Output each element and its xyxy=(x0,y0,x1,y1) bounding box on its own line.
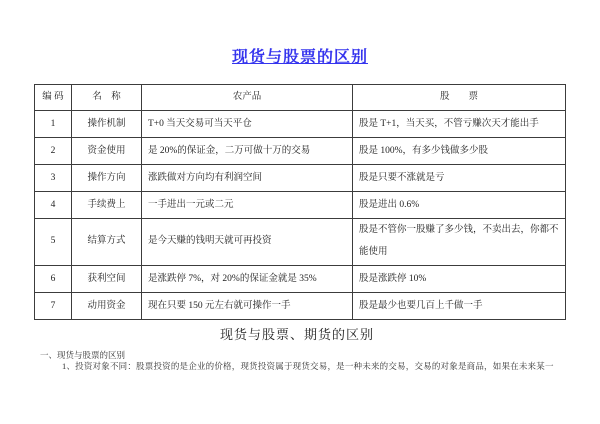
cell-spot: 是 20%的保证金，二万可做十万的交易 xyxy=(142,138,353,165)
cell-stock: 股是进出 0.6% xyxy=(353,192,566,219)
cell-spot: 是今天赚的钱明天就可再投资 xyxy=(142,219,353,266)
cell-code: 5 xyxy=(35,219,72,266)
cell-spot: 涨跌做对方向均有利润空间 xyxy=(142,165,353,192)
cell-stock: 股是不管你一股赚了多少钱，不卖出去，你都不能使用 xyxy=(353,219,566,266)
cell-spot: T+0 当天交易可当天平仓 xyxy=(142,111,353,138)
title-link[interactable]: 现货与股票的区别 xyxy=(232,49,368,66)
header-spot: 农产品 xyxy=(142,85,353,111)
document-page: 现货与股票的区别 编 码 名 称 农产品 股 票 1操作机制T+0 当天交易可当… xyxy=(0,0,600,424)
cell-stock: 股是只要不涨就是亏 xyxy=(353,165,566,192)
cell-code: 6 xyxy=(35,266,72,293)
table-header-row: 编 码 名 称 农产品 股 票 xyxy=(35,85,566,111)
table-body: 1操作机制T+0 当天交易可当天平仓股是 T+1，当天买，不管亏赚次天才能出手2… xyxy=(35,111,566,320)
cell-name: 手续费上 xyxy=(72,192,142,219)
cell-spot: 是涨跌停 7%，对 20%的保证金就是 35% xyxy=(142,266,353,293)
cell-name: 资金使用 xyxy=(72,138,142,165)
header-stock: 股 票 xyxy=(353,85,566,111)
cell-code: 7 xyxy=(35,293,72,320)
cell-name: 操作方向 xyxy=(72,165,142,192)
table-row: 1操作机制T+0 当天交易可当天平仓股是 T+1，当天买，不管亏赚次天才能出手 xyxy=(35,111,566,138)
page-title: 现货与股票的区别 xyxy=(0,44,600,67)
cell-code: 4 xyxy=(35,192,72,219)
cell-code: 2 xyxy=(35,138,72,165)
header-name: 名 称 xyxy=(72,85,142,111)
cell-name: 获利空间 xyxy=(72,266,142,293)
cell-stock: 股是涨跌停 10% xyxy=(353,266,566,293)
body-paragraph: 1、投资对象不同：股票投资的是企业的价格，现货投资属于现货交易，是一种未来的交易… xyxy=(62,360,554,372)
comparison-table: 编 码 名 称 农产品 股 票 1操作机制T+0 当天交易可当天平仓股是 T+1… xyxy=(34,84,566,320)
cell-stock: 股是 T+1，当天买，不管亏赚次天才能出手 xyxy=(353,111,566,138)
header-code: 编 码 xyxy=(35,85,72,111)
table-row: 4手续费上一手进出一元或二元股是进出 0.6% xyxy=(35,192,566,219)
table-row: 6获利空间是涨跌停 7%，对 20%的保证金就是 35%股是涨跌停 10% xyxy=(35,266,566,293)
table-row: 5结算方式是今天赚的钱明天就可再投资股是不管你一股赚了多少钱，不卖出去，你都不能… xyxy=(35,219,566,266)
table-row: 7动用资金现在只要 150 元左右就可操作一手股是最少也要几百上千做一手 xyxy=(35,293,566,320)
cell-code: 1 xyxy=(35,111,72,138)
cell-code: 3 xyxy=(35,165,72,192)
cell-stock: 股是最少也要几百上千做一手 xyxy=(353,293,566,320)
sub-heading: 现货与股票、期货的区别 xyxy=(0,324,594,343)
cell-spot: 一手进出一元或二元 xyxy=(142,192,353,219)
cell-name: 动用资金 xyxy=(72,293,142,320)
cell-name: 操作机制 xyxy=(72,111,142,138)
cell-spot: 现在只要 150 元左右就可操作一手 xyxy=(142,293,353,320)
cell-stock: 股是 100%，有多少钱做多少股 xyxy=(353,138,566,165)
cell-name: 结算方式 xyxy=(72,219,142,266)
table-row: 3操作方向涨跌做对方向均有利润空间股是只要不涨就是亏 xyxy=(35,165,566,192)
table-row: 2资金使用是 20%的保证金，二万可做十万的交易股是 100%，有多少钱做多少股 xyxy=(35,138,566,165)
